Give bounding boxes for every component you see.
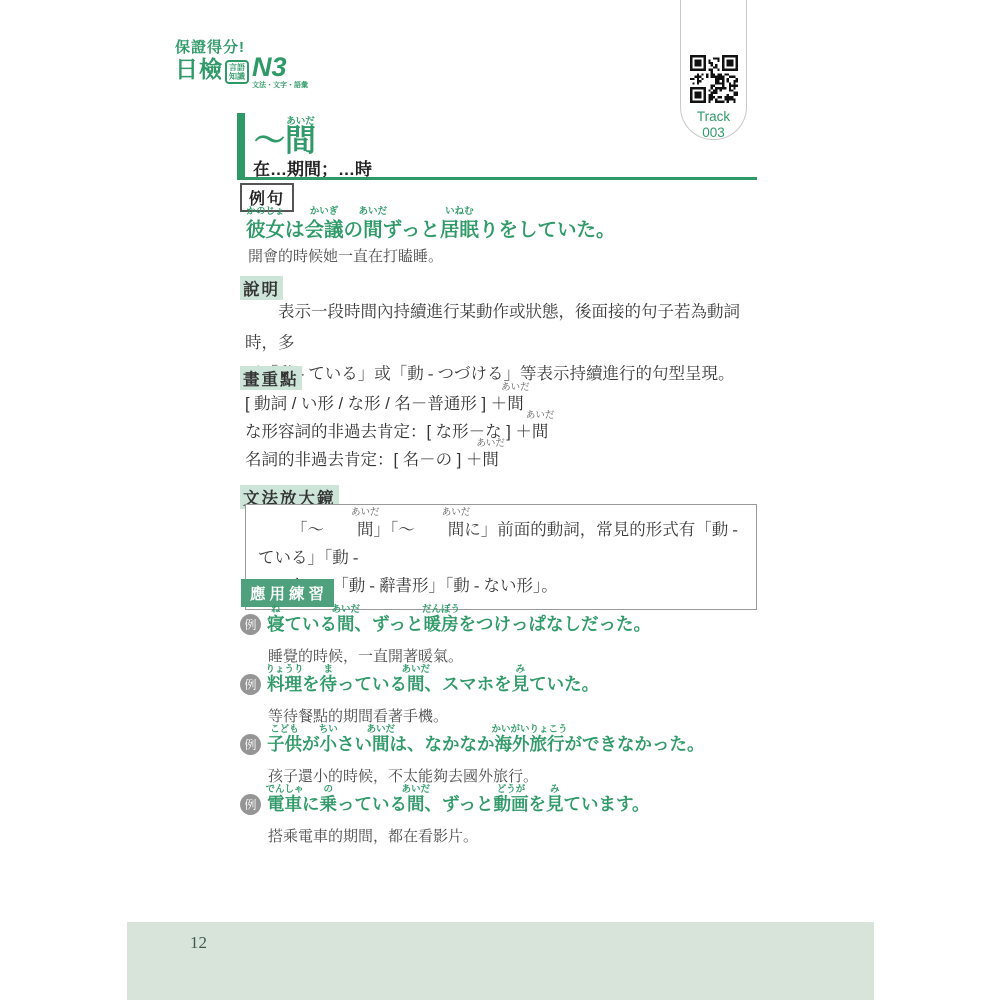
- footer-band: 12: [127, 922, 874, 1000]
- keypoints-formulas: [ 動詞 / い形 / な形 / 名－普通形 ] ＋あいだ間 な形容詞的非過去肯…: [245, 390, 548, 474]
- qr-code-icon: [690, 55, 738, 103]
- practice-sentence-translation: 睡覺的時候，一直開著暖氣。: [268, 645, 760, 666]
- logo-brand: 日檢: [175, 58, 223, 81]
- logo-tagline: 保證得分!: [175, 40, 308, 55]
- logo-level: N3 文法・文字・語彙: [252, 54, 308, 89]
- header-accent-bar: [237, 113, 245, 180]
- example-marker-badge: 例: [240, 674, 261, 695]
- example-marker-badge: 例: [240, 614, 261, 635]
- logo-badge-line2: 知識: [229, 72, 245, 81]
- audio-track-capsule: Track 003: [680, 0, 747, 140]
- track-number: 003: [681, 125, 746, 141]
- formula-line: [ 動詞 / い形 / な形 / 名－普通形 ] ＋あいだ間: [245, 390, 548, 418]
- logo-level-subtext: 文法・文字・語彙: [252, 82, 308, 89]
- practice-section-label: 應用練習: [241, 579, 334, 607]
- keypoints-section-label: 畫重點: [240, 366, 302, 390]
- practice-item: 例 こども子供がちい小さいあいだ間は、なかなかかいがいりょこう海外旅行ができなか…: [240, 732, 760, 786]
- practice-item: 例 でんしゃ電車にの乗っているあいだ間、ずっとどうが動画をみ見ています。 搭乘電…: [240, 792, 760, 846]
- example-marker-badge: 例: [240, 794, 261, 815]
- practice-item: 例 りょうり料理をま待っているあいだ間、スマホをみ見ていた。 等待餐點的期間看著…: [240, 672, 760, 726]
- practice-sentence-japanese: りょうり料理をま待っているあいだ間、スマホをみ見ていた。: [267, 672, 599, 696]
- logo-level-text: N3: [252, 52, 287, 82]
- magnifier-line: 「～あいだ間」「～あいだ間に」前面的動詞，常見的形式有「動 - ている」「動 -: [258, 516, 744, 572]
- grammar-point-title: ～あいだ間: [254, 124, 316, 158]
- practice-sentence-translation: 搭乘電車的期間，都在看影片。: [268, 825, 760, 846]
- practice-sentence-japanese: こども子供がちい小さいあいだ間は、なかなかかいがいりょこう海外旅行ができなかった…: [267, 732, 705, 756]
- track-label: Track: [681, 109, 746, 125]
- practice-item: 例 ね寝ているあいだ間、ずっとだんぼう暖房をつけっぱなしだった。 睡覺的時候，一…: [240, 612, 760, 666]
- header-rule: [237, 177, 757, 180]
- logo-badge-line1: 言語: [229, 63, 245, 72]
- example-sentence-translation: 開會的時候她一直在打瞌睡。: [248, 245, 443, 266]
- practice-sentence-japanese: でんしゃ電車にの乗っているあいだ間、ずっとどうが動画をみ見ています。: [267, 792, 650, 816]
- page-number: 12: [190, 933, 207, 953]
- textbook-page: 保證得分! 日檢 言語 知識 N3 文法・文字・語彙: [0, 0, 1000, 1000]
- practice-sentence-japanese: ね寝ているあいだ間、ずっとだんぼう暖房をつけっぱなしだった。: [267, 612, 651, 636]
- explanation-paragraph: 表示一段時間內持續進行某動作或狀態，後面接的句子若為動詞時，多 以「動 - てい…: [245, 296, 759, 389]
- formula-line: 名詞的非過去肯定：[ 名－の ] ＋あいだ間: [245, 446, 548, 474]
- example-marker-badge: 例: [240, 734, 261, 755]
- explanation-line: 表示一段時間內持續進行某動作或狀態，後面接的句子若為動詞時，多: [245, 296, 759, 358]
- logo-badge: 言語 知識: [225, 60, 249, 84]
- example-sentence-japanese: かのじょ彼女はかいぎ会議のあいだ間ずっといねむ居眠りをしていた。: [246, 214, 615, 242]
- brand-logo: 保證得分! 日檢 言語 知識 N3 文法・文字・語彙: [175, 40, 308, 89]
